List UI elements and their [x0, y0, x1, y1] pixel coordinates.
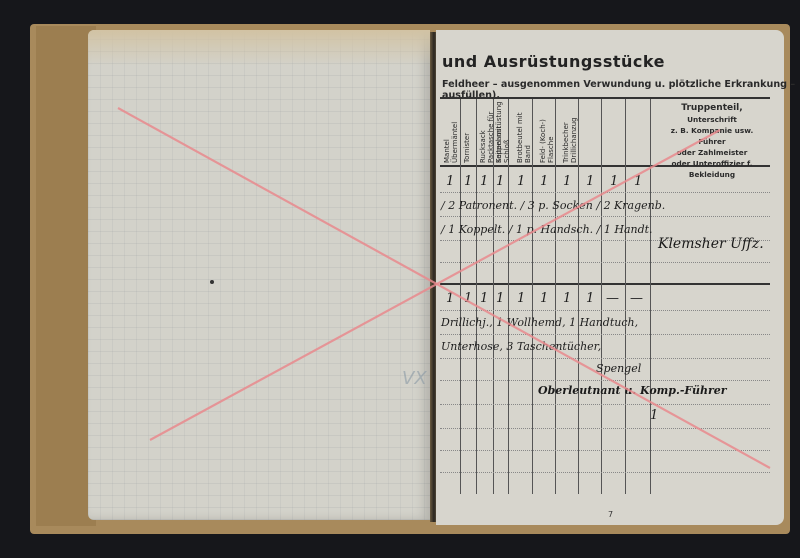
count-cell: 1 — [446, 291, 454, 306]
ink-dot — [210, 280, 214, 284]
count-cell: 1 — [517, 291, 525, 306]
row-rule — [440, 262, 770, 263]
row-rule — [440, 472, 770, 473]
count-cell: 1 — [586, 174, 594, 189]
count-cell: 1 — [563, 174, 571, 189]
handwritten-entry: Drillichj., 1 Wollhemd, 1 Handtuch, — [441, 316, 638, 329]
count-cell: 1 — [464, 291, 472, 306]
truppenteil-line: z. B. Kompanie usw. Führer — [656, 125, 768, 147]
column-divider — [578, 99, 579, 494]
truppenteil-line: Unterschrift — [656, 114, 768, 125]
column-divider — [650, 99, 651, 494]
cover-edge — [36, 26, 96, 526]
count-cell: 1 — [446, 174, 454, 189]
row-rule — [440, 358, 770, 359]
column-header-rucksack: Rucksack Packtasche für Seitenausrüstung — [479, 105, 493, 163]
count-cell: 1 — [496, 291, 504, 306]
handwritten-entry: / 1 Koppelt. / 1 p. Handsch. / 1 Handt. — [441, 223, 653, 236]
row-rule — [440, 404, 770, 405]
count-cell: 1 — [650, 408, 658, 423]
page-title: und Ausrüstungsstücke — [442, 52, 665, 71]
count-cell: 1 — [496, 174, 504, 189]
truppenteil-line: oder Zahlmeister — [656, 147, 768, 158]
count-cell: 1 — [634, 174, 642, 189]
left-page-blank-grid — [88, 30, 430, 520]
row-rule — [440, 380, 770, 381]
signature-oberleutnant: Oberleutnant u. Komp.-Führer — [538, 384, 727, 397]
column-divider — [555, 99, 556, 494]
handwritten-entry: / 2 Patronent. / 3 p. Socken / 2 Kragenb… — [441, 199, 665, 212]
column-header-feldflasche: Feld- (Koch-) Flasche — [539, 105, 553, 163]
row-rule — [440, 428, 770, 429]
table-top-rule — [440, 97, 770, 99]
column-divider — [601, 99, 602, 494]
row-rule — [440, 334, 770, 335]
column-header-koppel: Koppel mit Schloß — [495, 105, 509, 163]
count-cell: 1 — [563, 291, 571, 306]
count-cell: 1 — [586, 291, 594, 306]
count-cell: 1 — [540, 174, 548, 189]
count-cell: 1 — [464, 174, 472, 189]
count-cell: — — [630, 291, 643, 306]
row-rule — [440, 450, 770, 451]
column-divider — [625, 99, 626, 494]
truppenteil-line: Truppenteil, — [656, 103, 768, 114]
column-header-tornister: Tornister — [463, 105, 477, 163]
column-header-trinkbecher: Trinkbecher Drillichanzug — [562, 105, 576, 163]
count-cell: 1 — [610, 174, 618, 189]
signature-name: Spengel — [596, 362, 641, 375]
row-rule — [440, 216, 770, 217]
table-middle-rule — [440, 283, 770, 285]
count-cell: — — [606, 291, 619, 306]
column-header-mantel: Mantel Übermäntel — [443, 105, 457, 163]
column-header-brotbeutel: Brotbeutel mit Band — [516, 105, 530, 163]
stray-pencil-mark: VX — [402, 368, 427, 389]
column-divider — [460, 99, 461, 494]
column-divider — [532, 99, 533, 494]
water-stain — [88, 30, 430, 66]
signature-uffz: Klemsher Uffz. — [658, 236, 764, 252]
count-cell: 1 — [517, 174, 525, 189]
count-cell: 1 — [540, 291, 548, 306]
row-rule — [440, 310, 770, 311]
handwritten-entry: Unterhose, 3 Taschentücher, — [441, 340, 601, 353]
count-cell: 1 — [480, 291, 488, 306]
truppenteil-header: Truppenteil, Unterschrift z. B. Kompanie… — [656, 103, 768, 180]
count-cell: 1 — [480, 174, 488, 189]
page-number: 7 — [608, 510, 613, 519]
truppenteil-line: oder Unteroffizier f. Bekleidung — [656, 158, 768, 180]
row-rule — [440, 192, 770, 193]
